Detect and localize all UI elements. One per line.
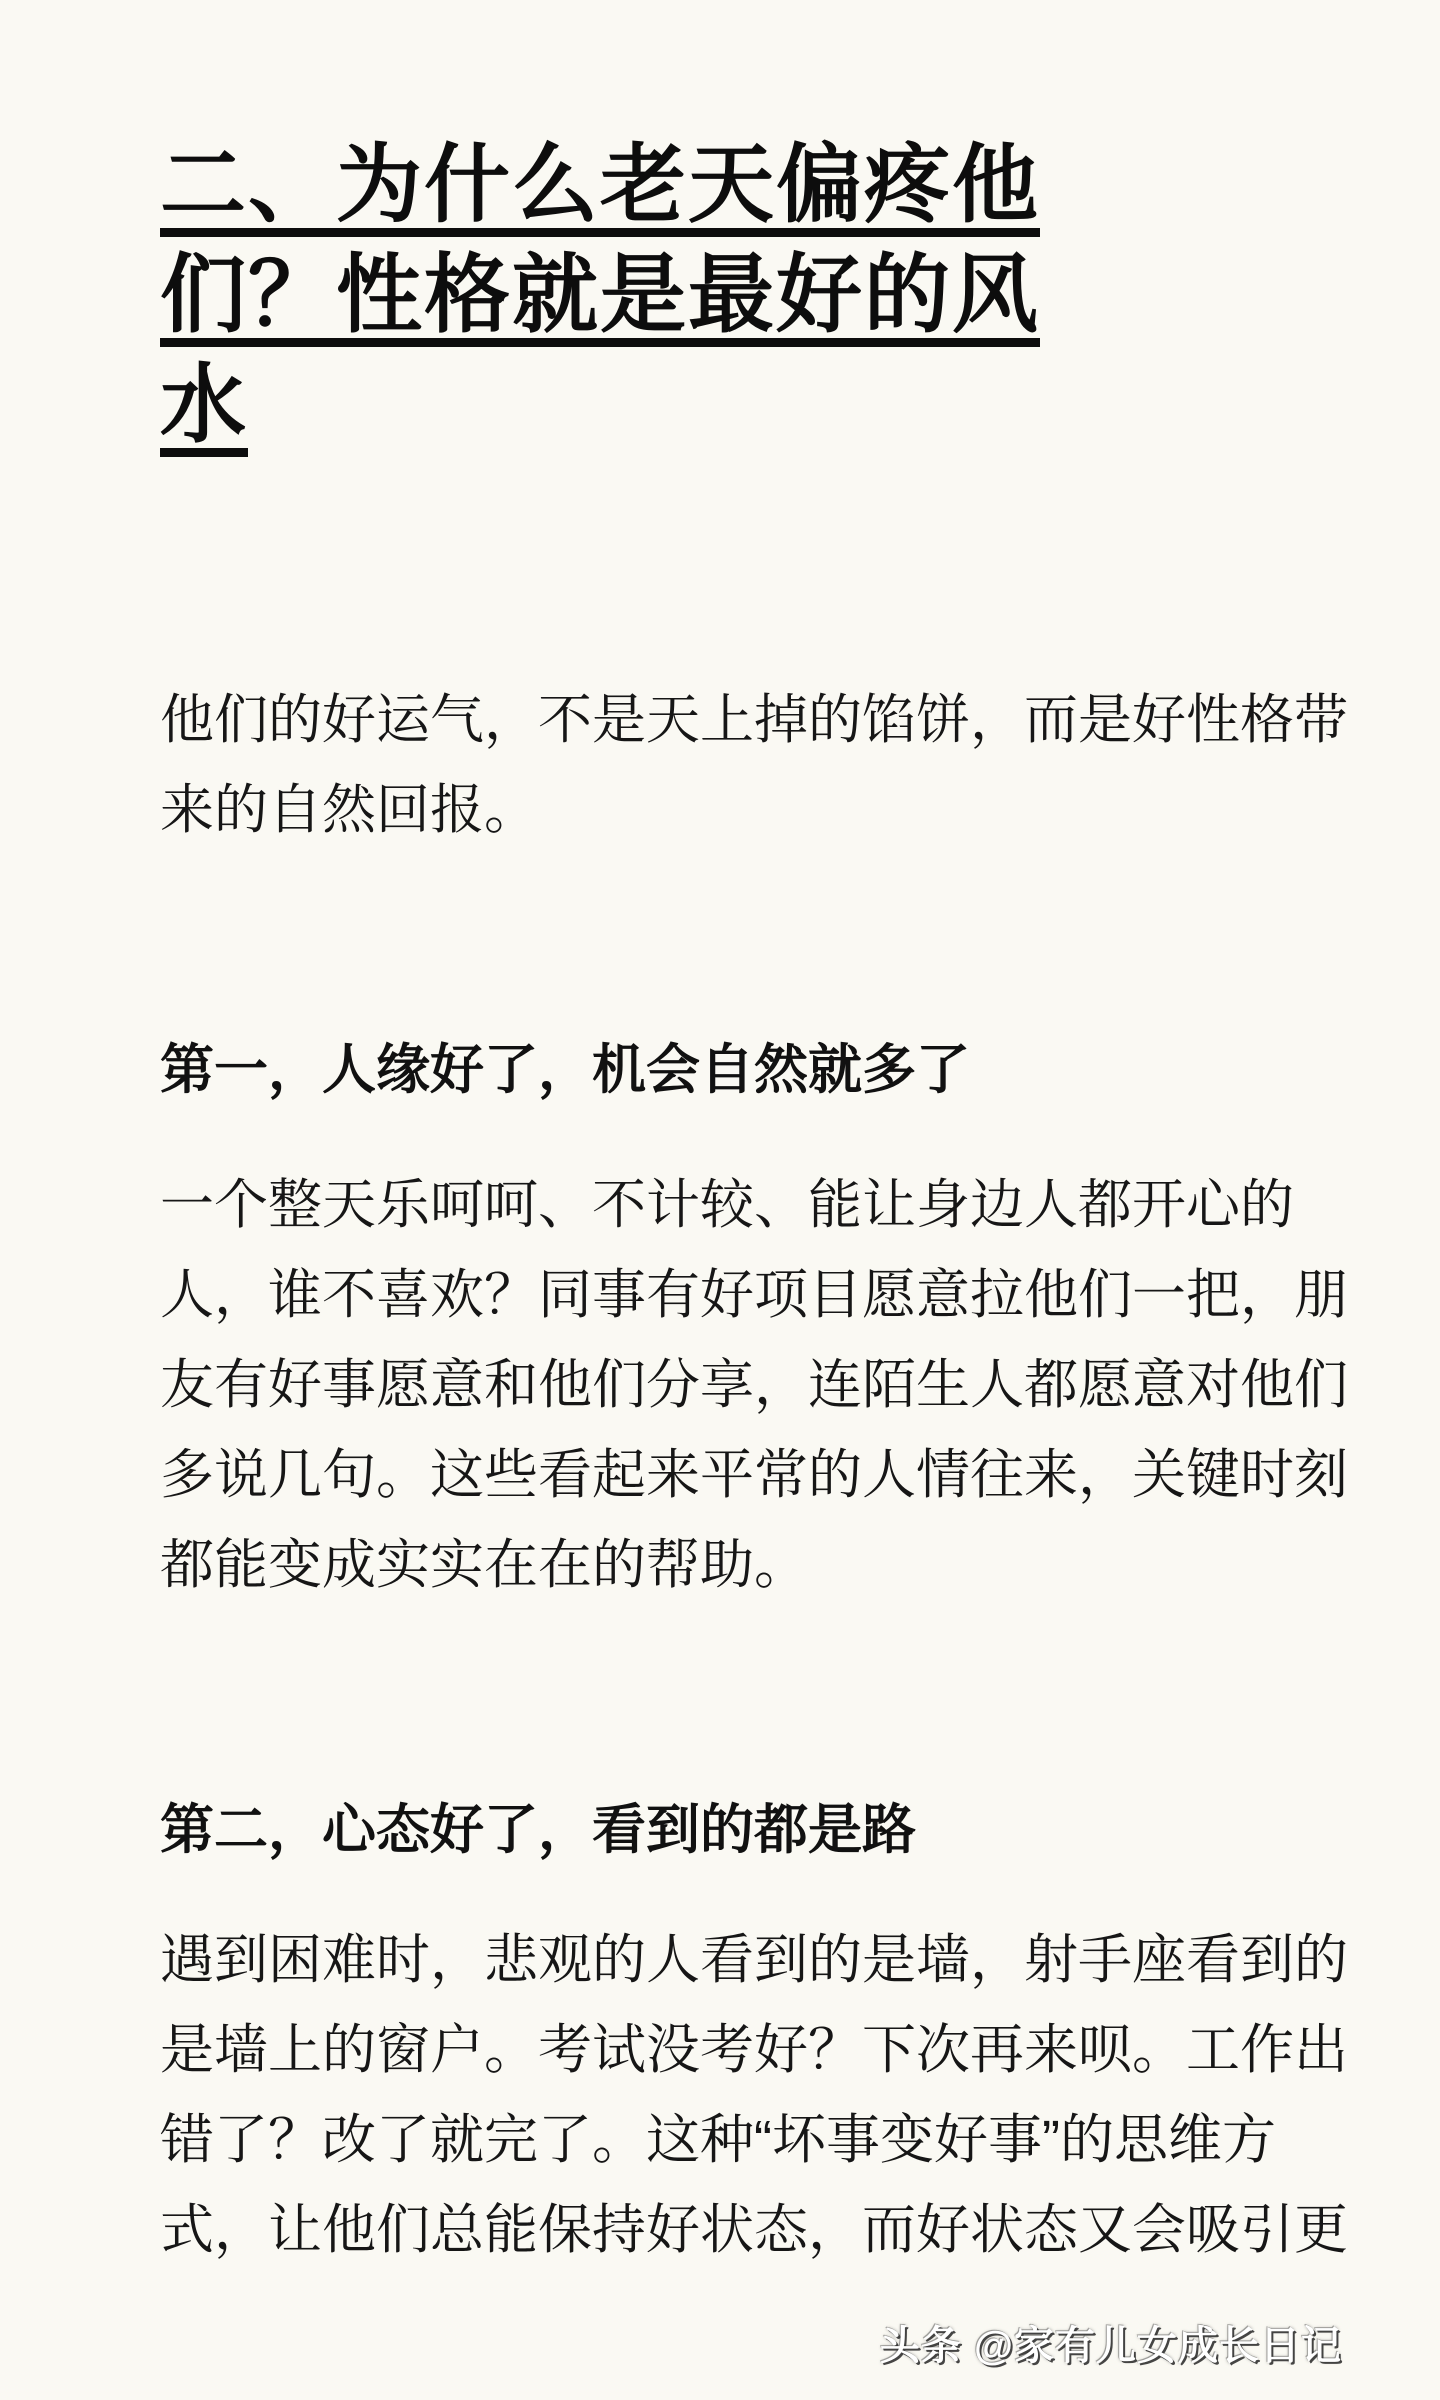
author-watermark: 头条 @家有儿女成长日记 (880, 2322, 1342, 2370)
section-heading-second: 第二，心态好了，看到的都是路 (160, 1785, 1360, 1875)
intro-paragraph: 他们的好运气，不是天上掉的馅饼，而是好性格带 来的自然回报。 (160, 675, 1360, 855)
article-page: 二、为什么老天偏疼他 们？性格就是最好的风 水 他们的好运气，不是天上掉的馅饼，… (0, 0, 1440, 2400)
article-title: 二、为什么老天偏疼他 们？性格就是最好的风 水 (160, 130, 1360, 460)
section-paragraph-first: 一个整天乐呵呵、不计较、能让身边人都开心的 人，谁不喜欢？同事有好项目愿意拉他们… (160, 1160, 1360, 1610)
section-heading-first: 第一，人缘好了，机会自然就多了 (160, 1025, 1360, 1115)
section-paragraph-second: 遇到困难时，悲观的人看到的是墙，射手座看到的 是墙上的窗户。考试没考好？下次再来… (160, 1915, 1360, 2275)
